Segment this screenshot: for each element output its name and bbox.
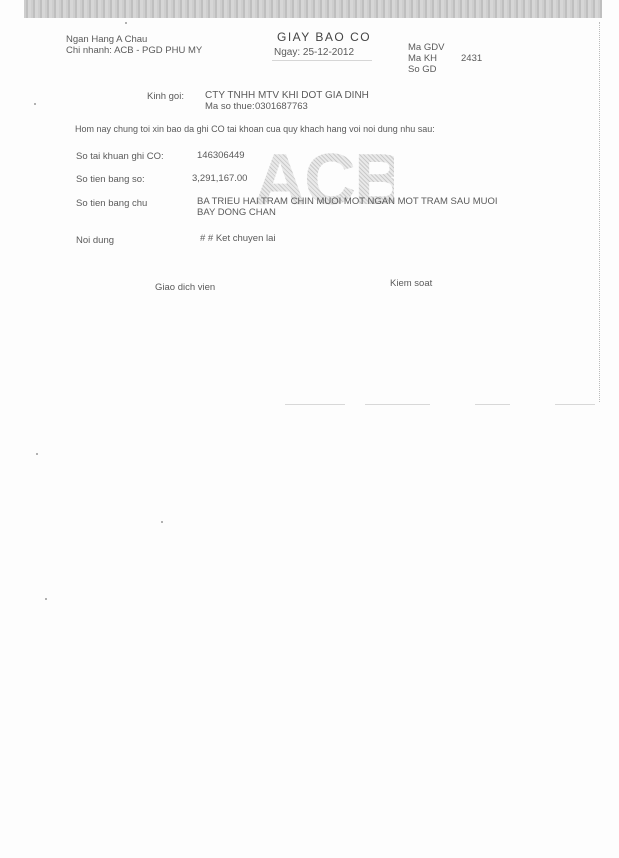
scan-right-edge <box>599 22 601 402</box>
intro-text: Hom nay chung toi xin bao da ghi CO tai … <box>75 124 435 134</box>
content-label: Noi dung <box>76 235 114 246</box>
scan-artifact-line <box>475 404 510 405</box>
scan-artifact-line <box>285 404 345 405</box>
amount-words-line2: BAY DONG CHAN <box>197 207 276 218</box>
bank-name: Ngan Hang A Chau <box>66 34 147 45</box>
so-gd-label: So GD <box>408 64 437 75</box>
scan-speck <box>45 598 47 600</box>
amount-words-label: So tien bang chu <box>76 198 147 209</box>
company-name: CTY TNHH MTV KHI DOT GIA DINH <box>205 90 369 101</box>
tax-code: 0301687763 <box>255 101 308 112</box>
amount-number-label: So tien bang so: <box>76 174 145 185</box>
amount-words-line1: BA TRIEU HAI TRAM CHIN MUOI MOT NGAN MOT… <box>197 196 498 207</box>
scan-speck <box>161 521 163 523</box>
ma-kh-value: 2431 <box>461 53 482 64</box>
scan-speck <box>36 453 38 455</box>
content-value: # # Ket chuyen lai <box>200 233 276 244</box>
ma-kh-label: Ma KH <box>408 53 437 64</box>
tax-label: Ma so thue: <box>205 101 255 112</box>
scan-artifact-line <box>555 404 595 405</box>
teller-signature-label: Giao dich vien <box>155 282 215 293</box>
branch-name: Chi nhanh: ACB - PGD PHU MY <box>66 45 202 56</box>
document-date: Ngay: 25-12-2012 <box>274 47 354 58</box>
scan-speck <box>125 22 127 24</box>
account-label: So tai khuan ghi CO: <box>76 151 164 162</box>
date-underline <box>272 60 372 61</box>
scan-top-border <box>24 0 602 18</box>
document-title: GIAY BAO CO <box>277 30 371 44</box>
account-value: 146306449 <box>197 150 245 161</box>
scan-artifact-line <box>365 404 430 405</box>
ma-gdv-label: Ma GDV <box>408 42 444 53</box>
scan-speck <box>34 103 36 105</box>
controller-signature-label: Kiem soat <box>390 278 432 289</box>
kinh-goi-label: Kinh goi: <box>147 91 184 102</box>
amount-number-value: 3,291,167.00 <box>192 173 247 184</box>
